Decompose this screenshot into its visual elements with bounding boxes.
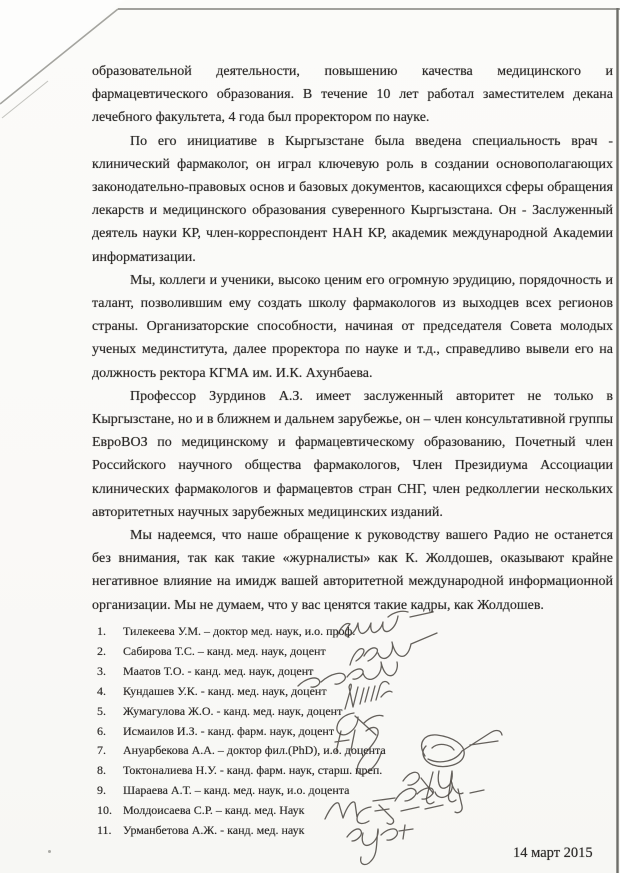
signatory-item-8: 8.Токтоналиева Н.У. - канд. фарм. наук, … xyxy=(97,761,527,781)
signatory-number: 2. xyxy=(97,642,123,662)
signatory-text: Ануарбекова А.А. – доктор фил.(PhD), и.о… xyxy=(123,741,386,761)
scan-speck xyxy=(48,850,51,853)
signatory-item-7: 7.Ануарбекова А.А. – доктор фил.(PhD), и… xyxy=(97,741,527,761)
paragraph-3: Мы, коллеги и ученики, высоко ценим его … xyxy=(92,269,613,385)
signatory-number: 7. xyxy=(97,741,123,761)
signatory-number: 10. xyxy=(97,801,123,821)
signatory-text: Молдоисаева С.Р. – канд. мед. Наук xyxy=(123,801,304,821)
signatory-list: 1.Тилекеева У.М. – доктор мед. наук, и.о… xyxy=(97,622,527,841)
letter-date: 14 март 2015 xyxy=(513,845,593,862)
signatory-item-10: 10.Молдоисаева С.Р. – канд. мед. Наук xyxy=(97,801,527,821)
signatory-number: 3. xyxy=(97,662,123,682)
paragraph-2: По его инициативе в Кыргызстане была вве… xyxy=(92,130,613,269)
signatory-text: Тилекеева У.М. – доктор мед. наук, и.о. … xyxy=(123,622,355,642)
signatory-number: 8. xyxy=(97,761,123,781)
signatory-item-3: 3.Маатов Т.О. - канд. мед. наук, доцент xyxy=(97,662,527,682)
signatory-item-9: 9.Шараева А.Т. – канд. мед. наук, и.о. д… xyxy=(97,781,527,801)
signatory-item-5: 5.Жумагулова Ж.О. - канд. мед. наук, доц… xyxy=(97,702,527,722)
letter-body: образовательной деятельности, повышению … xyxy=(92,60,613,617)
signatory-number: 1. xyxy=(97,622,123,642)
scanned-letter-page: образовательной деятельности, повышению … xyxy=(0,0,620,873)
signatory-text: Токтоналиева Н.У. - канд. фарм. наук, ст… xyxy=(123,761,382,781)
signatory-number: 4. xyxy=(97,682,123,702)
signatory-number: 11. xyxy=(97,821,123,841)
signatory-text: Кундашев У.К. - канд. мед. наук, доцент xyxy=(123,682,327,702)
paragraph-5: Мы надеемся, что наше обращение к руково… xyxy=(92,524,613,617)
signatory-number: 6. xyxy=(97,722,123,742)
signatory-number: 9. xyxy=(97,781,123,801)
signatory-item-2: 2.Сабирова Т.С. – канд. мед. наук, доцен… xyxy=(97,642,527,662)
signatory-text: Шараева А.Т. – канд. мед. наук, и.о. доц… xyxy=(123,781,349,801)
signatory-text: Маатов Т.О. - канд. мед. наук, доцент xyxy=(123,662,313,682)
paragraph-1: образовательной деятельности, повышению … xyxy=(92,60,613,130)
signatory-text: Исмаилов И.З. - канд. фарм. наук, доцент xyxy=(123,722,334,742)
signatory-item-6: 6.Исмаилов И.З. - канд. фарм. наук, доце… xyxy=(97,722,527,742)
signatory-number: 5. xyxy=(97,702,123,722)
paragraph-4: Профессор Зурдинов А.З. имеет заслуженны… xyxy=(92,385,613,524)
signatory-item-4: 4.Кундашев У.К. - канд. мед. наук, доцен… xyxy=(97,682,527,702)
signatory-text: Сабирова Т.С. – канд. мед. наук, доцент xyxy=(123,642,326,662)
signatory-item-1: 1.Тилекеева У.М. – доктор мед. наук, и.о… xyxy=(97,622,527,642)
signatory-text: Жумагулова Ж.О. - канд. мед. наук, доцен… xyxy=(123,702,342,722)
signatory-text: Урманбетова А.Ж. - канд. мед. наук xyxy=(123,821,304,841)
signatory-item-11: 11.Урманбетова А.Ж. - канд. мед. наук xyxy=(97,821,527,841)
